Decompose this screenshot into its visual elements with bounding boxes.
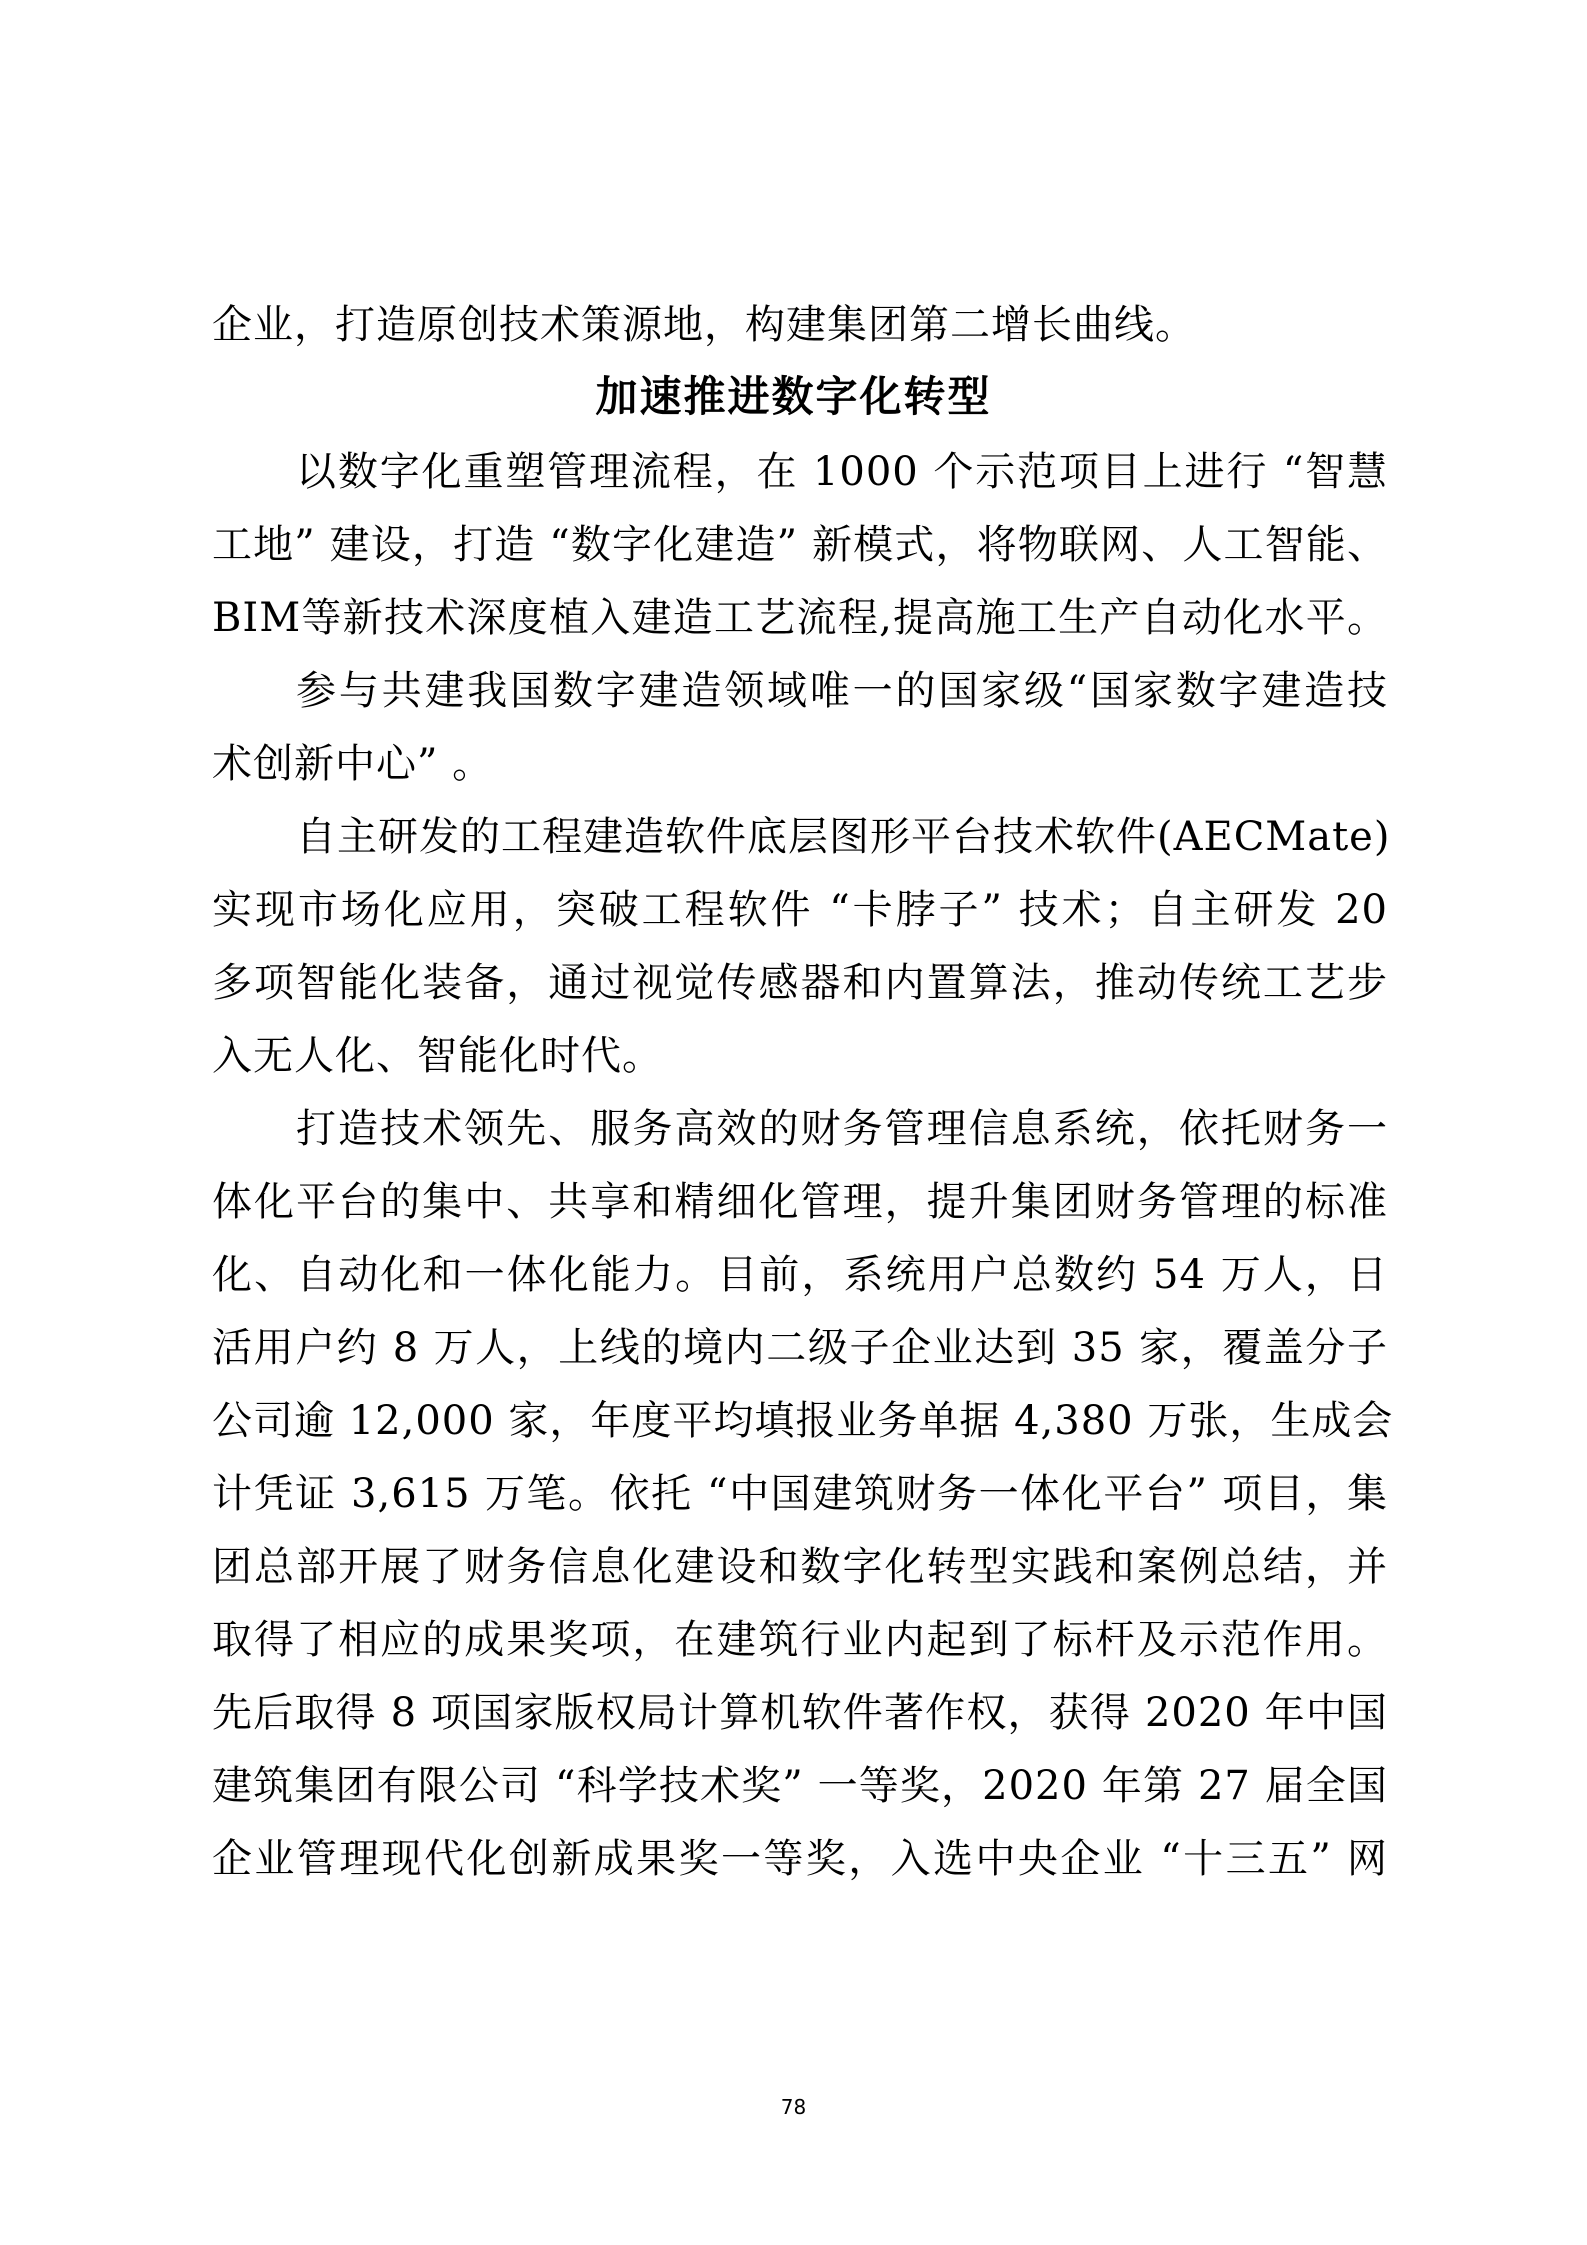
paragraph-line: BIM等新技术深度植入建造工艺流程,提高施工生产自动化水平。 [212,593,1388,643]
paragraph-line: 实现市场化应用，突破工程软件 “卡脖子” 技术；自主研发 20 [212,885,1388,935]
lead-line: 企业，打造原创技术策源地，构建集团第二增长曲线。 [212,300,1388,350]
paragraph-line: 企业管理现代化创新成果奖一等奖，入选中央企业 “十三五” 网 [212,1834,1388,1884]
paragraph-line: 建筑集团有限公司 “科学技术奖” 一等奖，2020 年第 27 届全国 [212,1761,1388,1811]
paragraph-line: 取得了相应的成果奖项，在建筑行业内起到了标杆及示范作用。 [212,1615,1388,1665]
paragraph-line: 团总部开展了财务信息化建设和数字化转型实践和案例总结，并 [212,1542,1388,1592]
paragraph-line: 打造技术领先、服务高效的财务管理信息系统，依托财务一 [296,1104,1388,1154]
paragraph-line: 先后取得 8 项国家版权局计算机软件著作权，获得 2020 年中国 [212,1688,1388,1738]
paragraph-line: 活用户约 8 万人，上线的境内二级子企业达到 35 家，覆盖分子 [212,1323,1388,1373]
page-number: 78 [0,2095,1587,2119]
paragraph-line: 术创新中心” 。 [212,739,1388,789]
paragraph-line: 公司逾 12,000 家，年度平均填报业务单据 4,380 万张，生成会 [212,1396,1388,1446]
paragraph-line: 参与共建我国数字建造领域唯一的国家级“国家数字建造技 [296,666,1388,716]
paragraph-line: 入无人化、智能化时代。 [212,1031,1388,1081]
paragraph-line: 多项智能化装备，通过视觉传感器和内置算法，推动传统工艺步 [212,958,1388,1008]
paragraph-line: 自主研发的工程建造软件底层图形平台技术软件(AECMate) [296,812,1388,862]
paragraph-line: 以数字化重塑管理流程，在 1000 个示范项目上进行 “智慧 [296,447,1388,497]
paragraph-line: 计凭证 3,615 万笔。依托 “中国建筑财务一体化平台” 项目，集 [212,1469,1388,1519]
paragraph-line: 工地” 建设，打造 “数字化建造” 新模式，将物联网、人工智能、 [212,520,1388,570]
section-heading: 加速推进数字化转型 [0,370,1587,424]
paragraph-line: 体化平台的集中、共享和精细化管理，提升集团财务管理的标准 [212,1177,1388,1227]
paragraph-line: 化、自动化和一体化能力。目前，系统用户总数约 54 万人，日 [212,1250,1388,1300]
document-page: 企业，打造原创技术策源地，构建集团第二增长曲线。 加速推进数字化转型 以数字化重… [0,0,1587,2245]
